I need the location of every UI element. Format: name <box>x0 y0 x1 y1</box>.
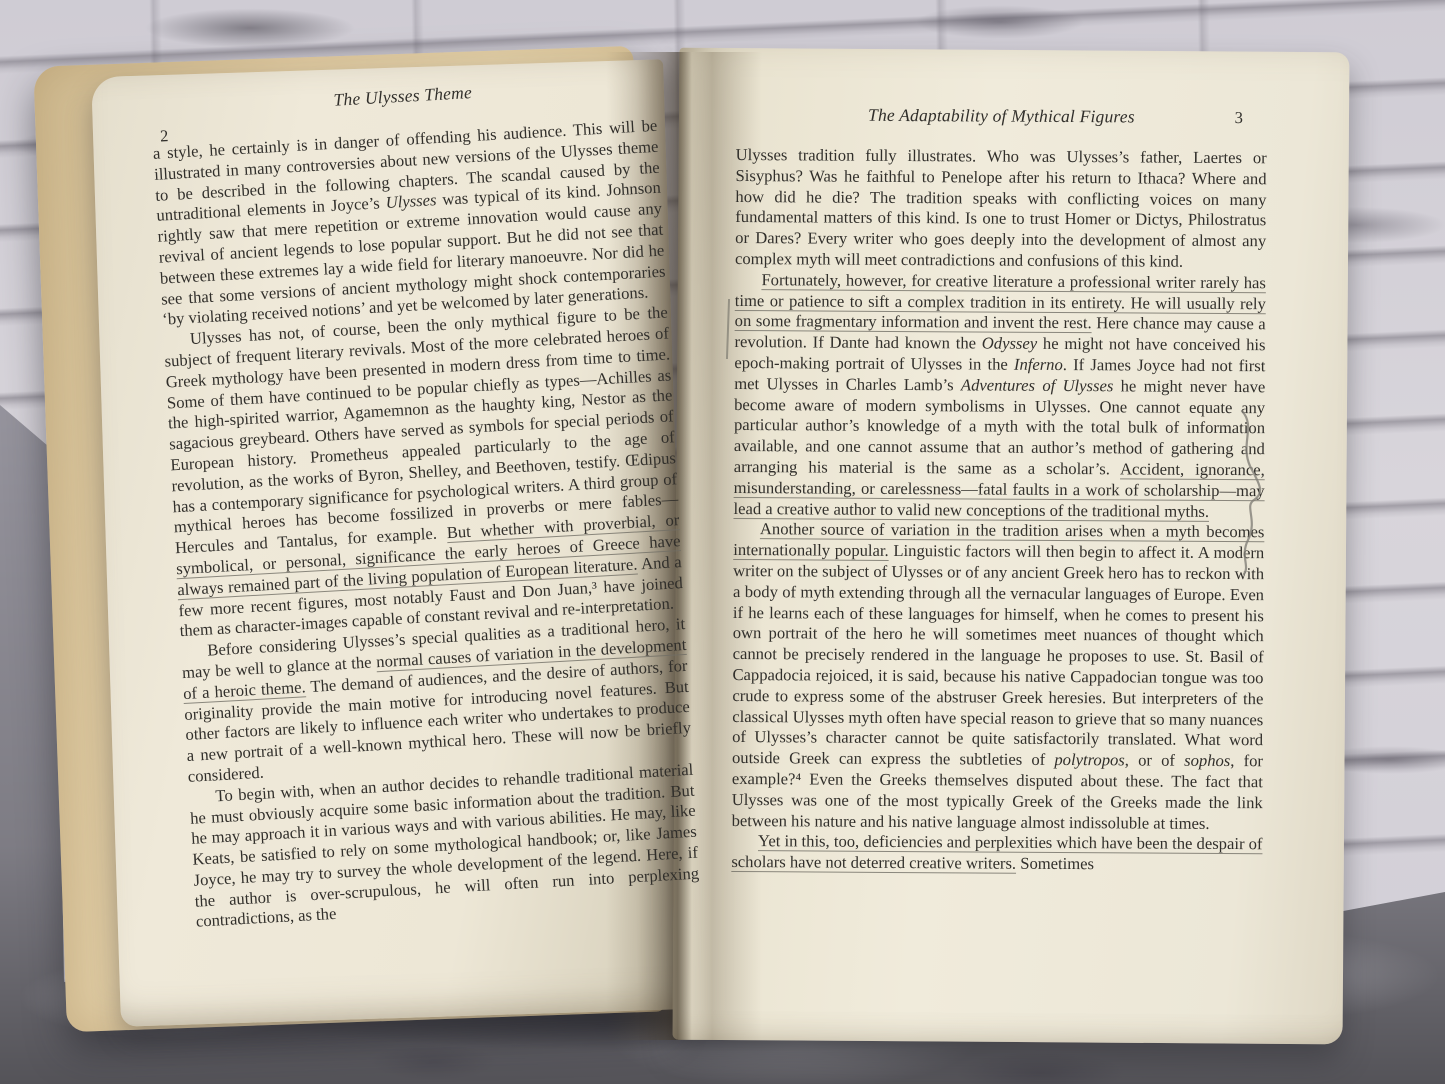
right-running-head: The Adaptability of Mythical Figures <box>736 104 1267 128</box>
text-segment: , or of <box>1125 750 1185 769</box>
text-segment: Ulysses tradition fully illustrates. Who… <box>735 145 1267 271</box>
italic-title-segment: Odyssey <box>982 334 1037 353</box>
left-page-number: 2 <box>159 126 168 146</box>
italic-title-segment: Adventures of Ulysses <box>961 375 1113 395</box>
italic-title-segment: Ulysses <box>385 191 437 213</box>
left-body-text: a style, he certainly is in danger of of… <box>152 116 700 933</box>
text-segment: To begin with, when an author decides to… <box>190 759 700 931</box>
paragraph: a style, he certainly is in danger of of… <box>152 116 667 331</box>
italic-greek-word: sophos <box>1184 751 1230 770</box>
photo-of-open-book: The Ulysses Theme 2 a style, he certainl… <box>0 0 1445 1084</box>
italic-greek-word: polytropos <box>1054 750 1124 769</box>
pencil-margin-brace <box>1236 408 1270 578</box>
paragraph: Yet in this, too, deficiencies and perpl… <box>731 831 1262 876</box>
paragraph: To begin with, when an author decides to… <box>188 759 700 933</box>
right-body-text: Ulysses tradition fully illustrates. Who… <box>731 145 1266 876</box>
paragraph: Ulysses tradition fully illustrates. Who… <box>735 145 1267 273</box>
italic-title-segment: Inferno <box>1014 355 1063 374</box>
paragraph: Another source of variation in the tradi… <box>732 519 1265 834</box>
paragraph: Fortunately, however, for creative liter… <box>733 270 1266 523</box>
left-page-text: The Ulysses Theme 2 a style, he certainl… <box>150 72 701 933</box>
text-segment: Sometimes <box>1016 854 1094 873</box>
paragraph: Ulysses has not, of course, been the onl… <box>163 303 685 643</box>
pencil-underlined-passage: Yet in this, too, deficiencies and perpl… <box>731 831 1262 872</box>
paragraph: Before considering Ulysses’s special qua… <box>180 614 692 788</box>
right-page-number: 3 <box>1235 108 1243 128</box>
right-page-text: The Adaptability of Mythical Figures 3 U… <box>731 104 1267 876</box>
text-segment: Linguistic factors will then begin to af… <box>732 541 1264 769</box>
